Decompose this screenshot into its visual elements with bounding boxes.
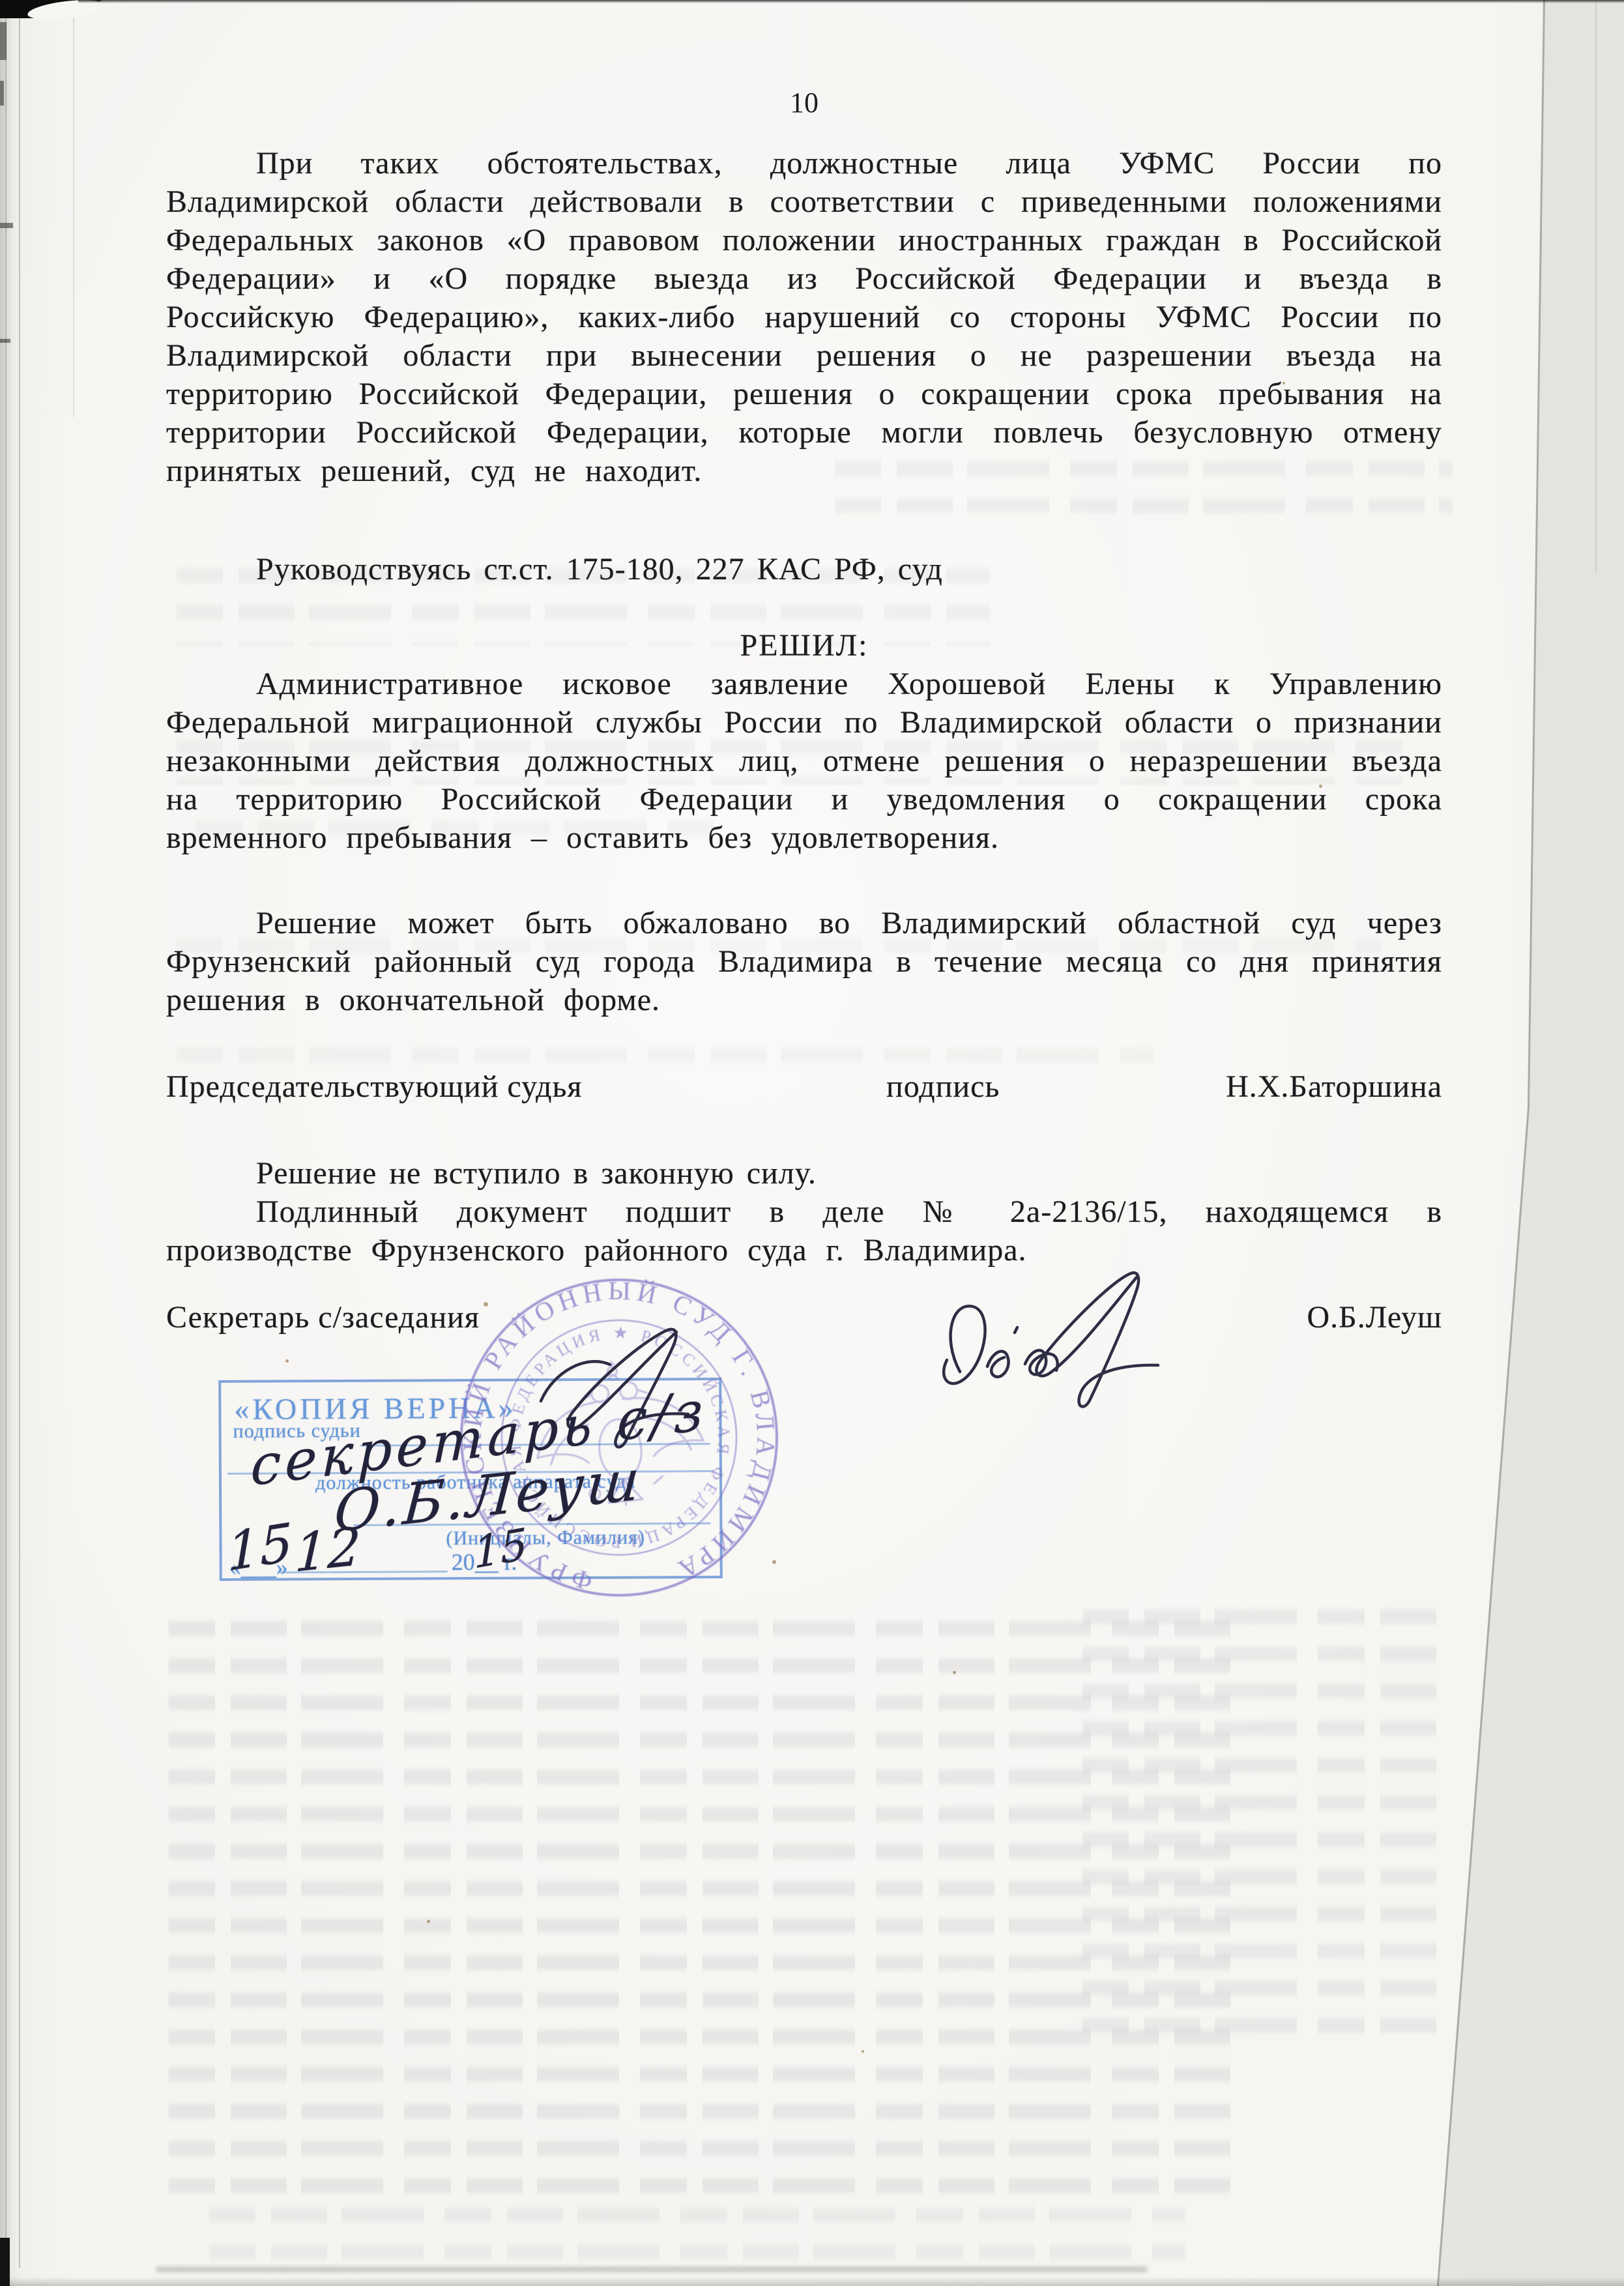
note-not-in-force: Решение не вступило в законную силу. xyxy=(166,1154,1442,1193)
scan-edge-left-line xyxy=(5,0,7,2286)
decided-heading: РЕШИЛ: xyxy=(166,626,1442,665)
paragraph-decision: Административное исковое заявление Хорош… xyxy=(166,665,1442,857)
dust-speck xyxy=(953,1671,956,1674)
paragraph-circumstances: При таких обстоятельствах, должностные л… xyxy=(166,144,1442,490)
page-fold-crease xyxy=(1528,0,1545,1108)
bleedthrough-text xyxy=(1082,1597,1447,2053)
scan-corner-bottom-left xyxy=(0,2238,10,2286)
dust-speck xyxy=(862,2050,864,2053)
dust-speck xyxy=(285,1359,289,1363)
bleedthrough-text xyxy=(209,2195,1186,2272)
scan-edge-top xyxy=(78,0,1624,3)
dust-speck xyxy=(772,1560,776,1564)
scan-edge-left-line xyxy=(19,13,20,2268)
document-body: 10 При таких обстоятельствах, должностны… xyxy=(166,83,1442,1337)
scan-edge-tick xyxy=(0,223,13,228)
scan-edge-tick xyxy=(0,22,7,60)
note-filed: Подлинный документ подшит в деле № 2а-21… xyxy=(166,1193,1442,1269)
scan-edge-right xyxy=(1595,0,1597,573)
judge-signature-row: Председательствующий судья подпись Н.Х.Б… xyxy=(166,1067,1442,1106)
scan-corner-top-left xyxy=(0,0,103,18)
dust-speck xyxy=(1319,785,1322,788)
underlying-page-edge-line xyxy=(73,0,74,417)
scan-edge-tick xyxy=(0,81,4,106)
bleedthrough-text xyxy=(168,1608,1237,2198)
dust-speck xyxy=(1283,382,1285,384)
dust-speck xyxy=(484,1302,488,1307)
secretary-name: О.Б.Леуш xyxy=(1307,1298,1442,1337)
handwritten-date-year: 15 xyxy=(472,1518,528,1578)
scan-edge-tick xyxy=(0,339,10,343)
page-fold-crease xyxy=(1437,1108,1530,2286)
secretary-role-label: Секретарь с/заседания xyxy=(166,1300,480,1335)
signature-placeholder-label: подпись xyxy=(886,1067,1000,1106)
secretary-signature-row: Секретарь с/заседания О.Б.Леуш xyxy=(166,1298,1442,1337)
judge-name: Н.Х.Баторшина xyxy=(1226,1067,1442,1106)
paragraph-appeal: Решение может быть обжаловано во Владими… xyxy=(166,904,1442,1019)
judge-role-label: Председательствующий судья xyxy=(166,1069,582,1104)
page-corner-curl xyxy=(27,0,105,23)
scan-bottom-smear xyxy=(156,2266,1147,2272)
scanned-court-document-page: 10 При таких обстоятельствах, должностны… xyxy=(0,0,1624,2286)
page-number: 10 xyxy=(166,83,1442,122)
handwritten-date-month: 12 xyxy=(294,1516,362,1584)
paragraph-guided-by: Руководствуясь ст.ст. 175-180, 227 КАС Р… xyxy=(166,550,1442,588)
dust-speck xyxy=(427,1920,430,1923)
scan-edge-left xyxy=(0,0,20,2286)
handwritten-date-day: 15 xyxy=(227,1512,293,1584)
scan-edge-bottom xyxy=(0,2277,1624,2286)
